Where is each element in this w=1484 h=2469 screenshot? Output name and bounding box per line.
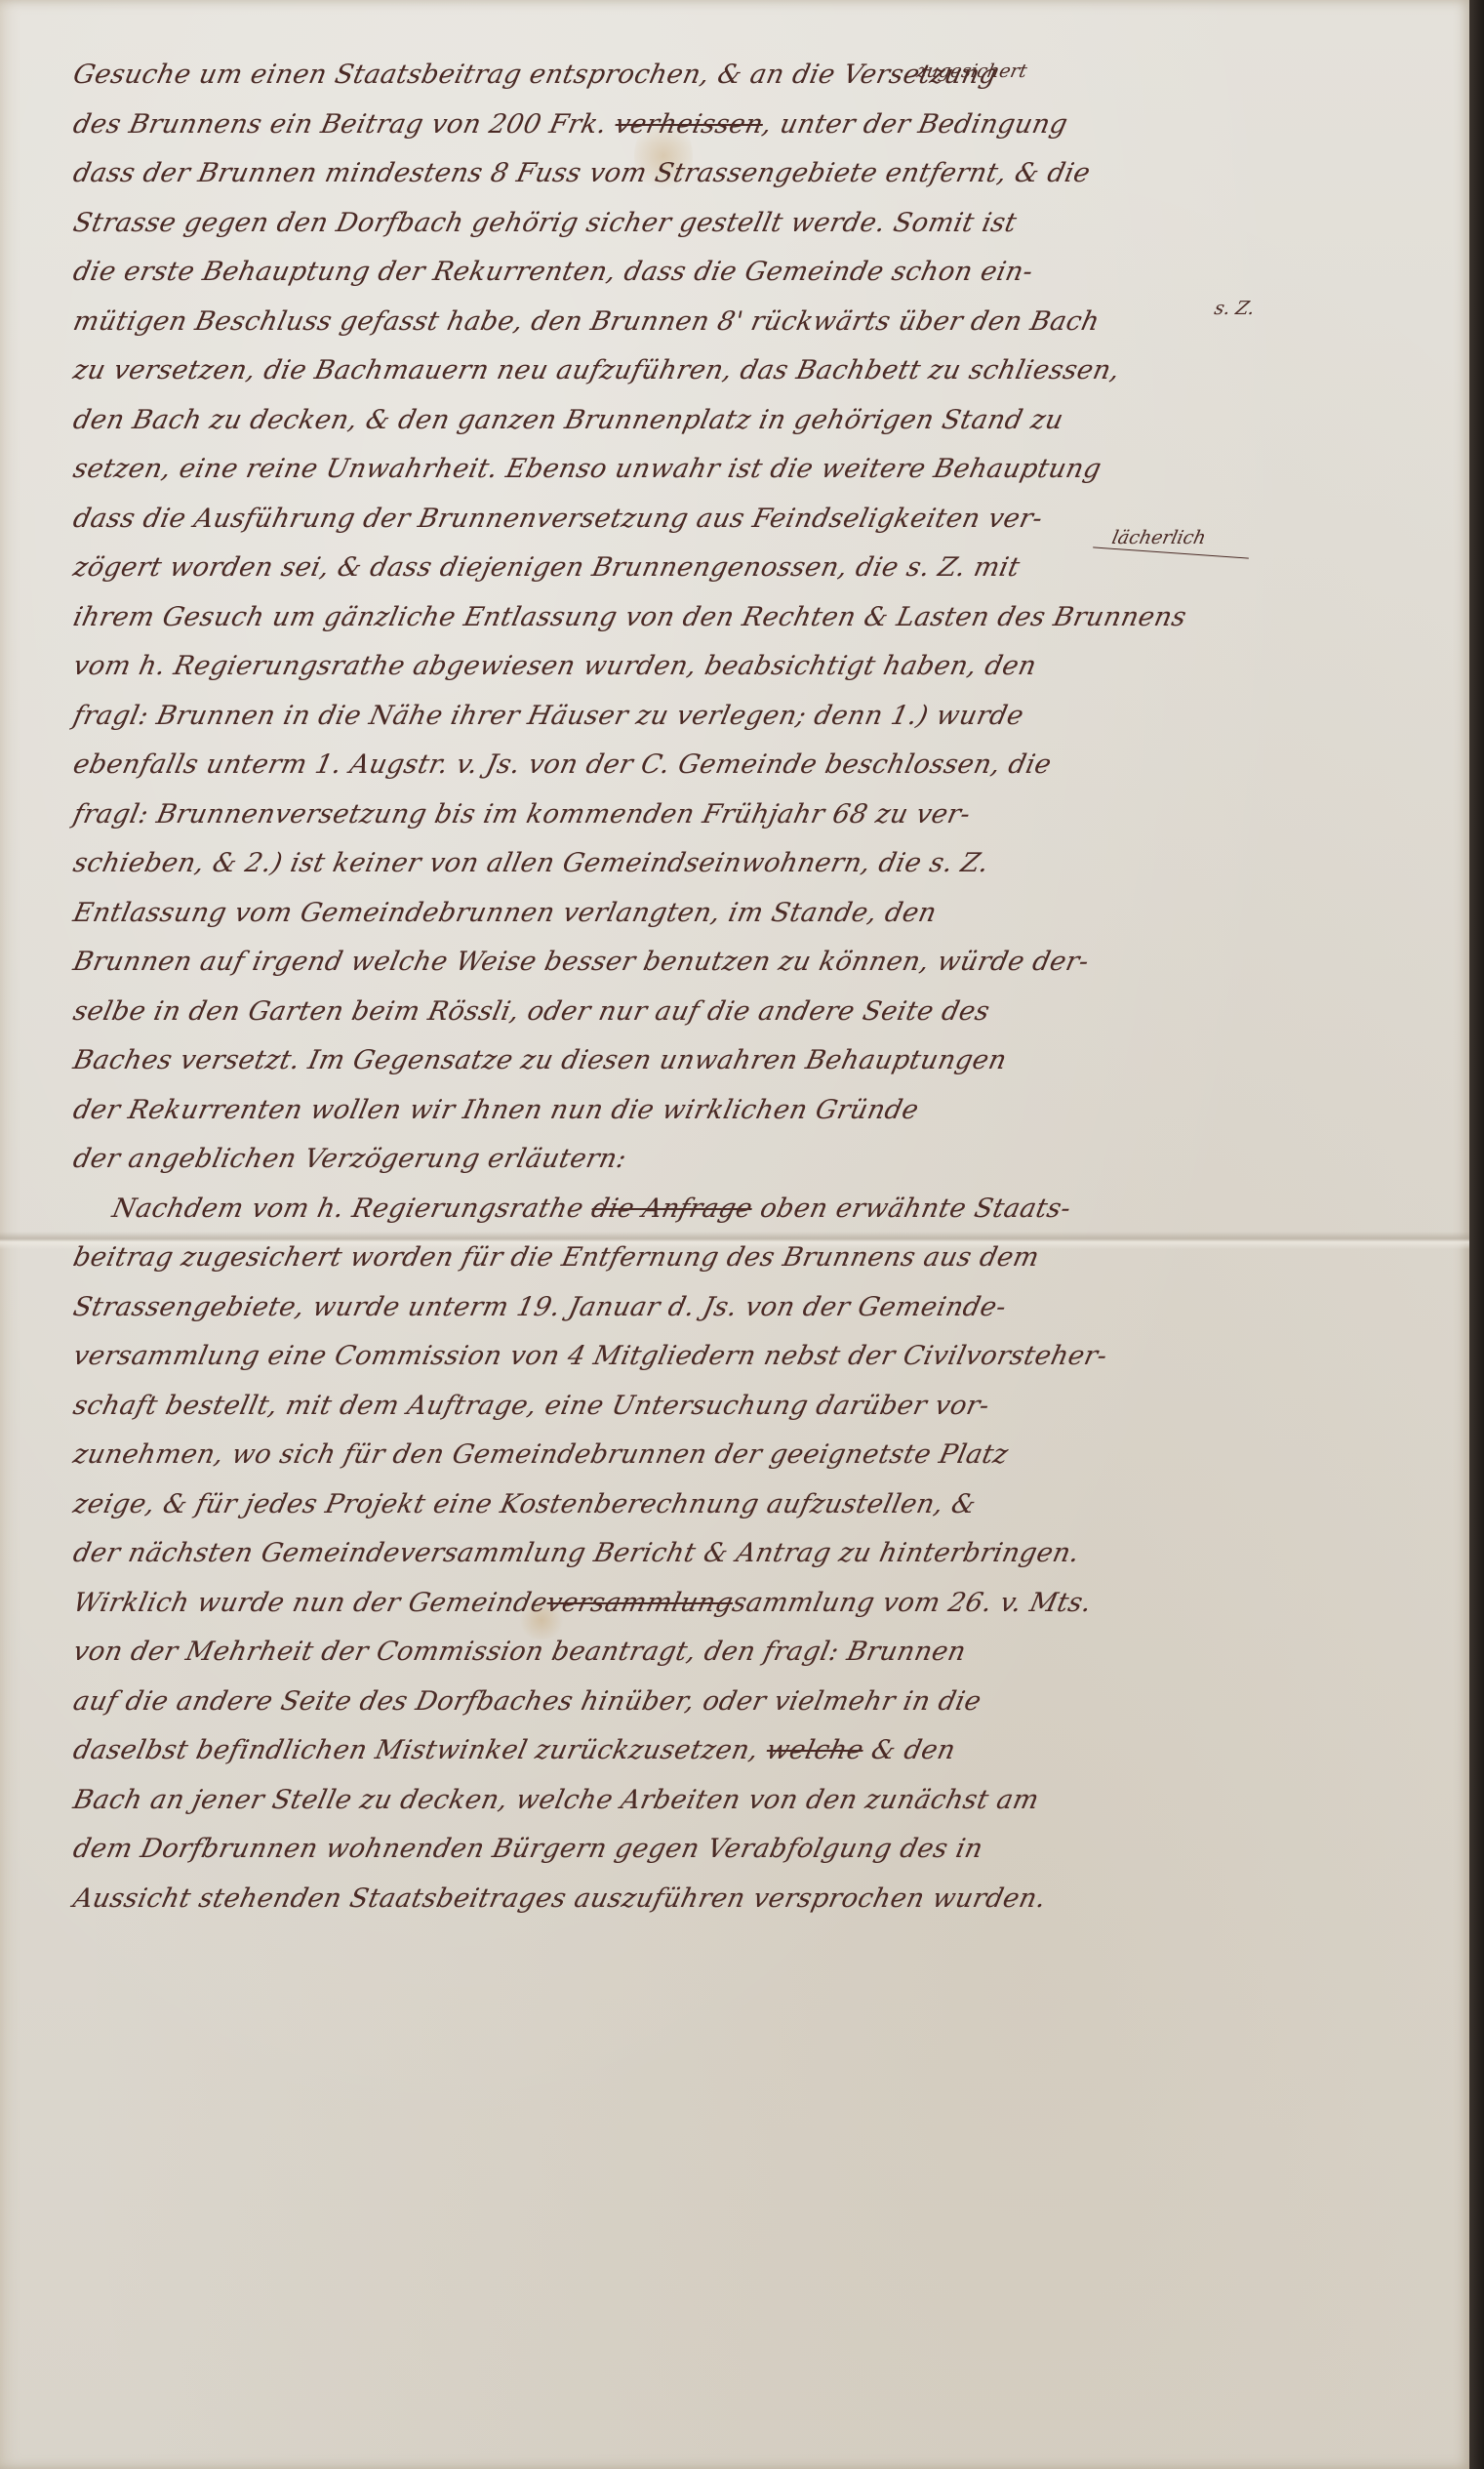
struck-text: welche	[764, 1735, 866, 1765]
text-line: ebenfalls unterm 1. Augstr. v. Js. von d…	[68, 741, 1464, 790]
text-line: den Bach zu decken, & den ganzen Brunnen…	[68, 396, 1464, 446]
text-line: der Rekurrenten wollen wir Ihnen nun die…	[68, 1086, 1464, 1136]
struck-text: versammlung	[543, 1588, 736, 1618]
text-line: die erste Behauptung der Rekurrenten, da…	[68, 248, 1464, 298]
text-line: vom h. Regierungsrathe abgewiesen wurden…	[68, 642, 1464, 692]
text-line: der nächsten Gemeindeversammlung Bericht…	[68, 1529, 1464, 1579]
text-line: Brunnen auf irgend welche Weise besser b…	[68, 938, 1464, 988]
text-line: zunehmen, wo sich für den Gemeindebrunne…	[68, 1431, 1464, 1480]
text-line: fragl: Brunnenversetzung bis im kommende…	[68, 790, 1464, 840]
text-line: daselbst befindlichen Mistwinkel zurückz…	[68, 1726, 1464, 1776]
text-line: mütigen Beschluss gefasst habe, den Brun…	[68, 298, 1464, 347]
handwritten-text-body: Gesuche um einen Staatsbeitrag entsproch…	[68, 51, 1454, 1923]
text-line: Strassengebiete, wurde unterm 19. Januar…	[68, 1283, 1464, 1333]
text-line: schieben, & 2.) ist keiner von allen Gem…	[68, 839, 1464, 889]
text-line: Wirklich wurde nun der Gemeindeversammlu…	[68, 1579, 1464, 1629]
text-line: dass die Ausführung der Brunnenversetzun…	[68, 495, 1464, 545]
background-edge	[1469, 0, 1484, 2469]
text-line: ihrem Gesuch um gänzliche Entlassung von…	[68, 593, 1464, 643]
text-line: auf die andere Seite des Dorfbaches hinü…	[68, 1678, 1464, 1727]
text-line: Baches versetzt. Im Gegensatze zu diesen…	[68, 1036, 1464, 1086]
text-line: dem Dorfbrunnen wohnenden Bürgern gegen …	[68, 1825, 1464, 1875]
text-line: der angeblichen Verzögerung erläutern:	[68, 1135, 1464, 1185]
text-line: dass der Brunnen mindestens 8 Fuss vom S…	[68, 149, 1464, 199]
text-line: Gesuche um einen Staatsbeitrag entsproch…	[68, 51, 1464, 101]
text-line: beitrag zugesichert worden für die Entfe…	[68, 1234, 1464, 1283]
struck-text: verheissen	[612, 109, 766, 140]
text-line: fragl: Brunnen in die Nähe ihrer Häuser …	[68, 692, 1464, 742]
text-line: des Brunnens ein Beitrag von 200 Frk. ve…	[68, 101, 1464, 150]
struck-text: die Anfrage	[588, 1194, 755, 1224]
text-line: zögert worden sei, & dass diejenigen Bru…	[68, 544, 1464, 593]
text-line: setzen, eine reine Unwahrheit. Ebenso un…	[68, 445, 1464, 495]
text-line: versammlung eine Commission von 4 Mitgli…	[68, 1332, 1464, 1382]
text-line: Strasse gegen den Dorfbach gehörig siche…	[68, 199, 1464, 249]
text-line: zeige, & für jedes Projekt eine Kostenbe…	[68, 1480, 1464, 1530]
text-line: zu versetzen, die Bachmauern neu aufzufü…	[68, 346, 1464, 396]
text-line: Bach an jener Stelle zu decken, welche A…	[68, 1776, 1464, 1826]
text-line: Entlassung vom Gemeindebrunnen verlangte…	[68, 889, 1464, 939]
manuscript-page: zugesichert s. Z. lächerlich Gesuche um …	[0, 0, 1469, 2469]
text-line: selbe in den Garten beim Rössli, oder nu…	[68, 988, 1464, 1037]
text-line: Aussicht stehenden Staatsbeitrages auszu…	[68, 1875, 1464, 1924]
text-line: schaft bestellt, mit dem Auftrage, eine …	[68, 1382, 1464, 1432]
text-line-paragraph-start: Nachdem vom h. Regierungsrathe die Anfra…	[68, 1185, 1464, 1234]
text-line: von der Mehrheit der Commission beantrag…	[68, 1628, 1464, 1678]
